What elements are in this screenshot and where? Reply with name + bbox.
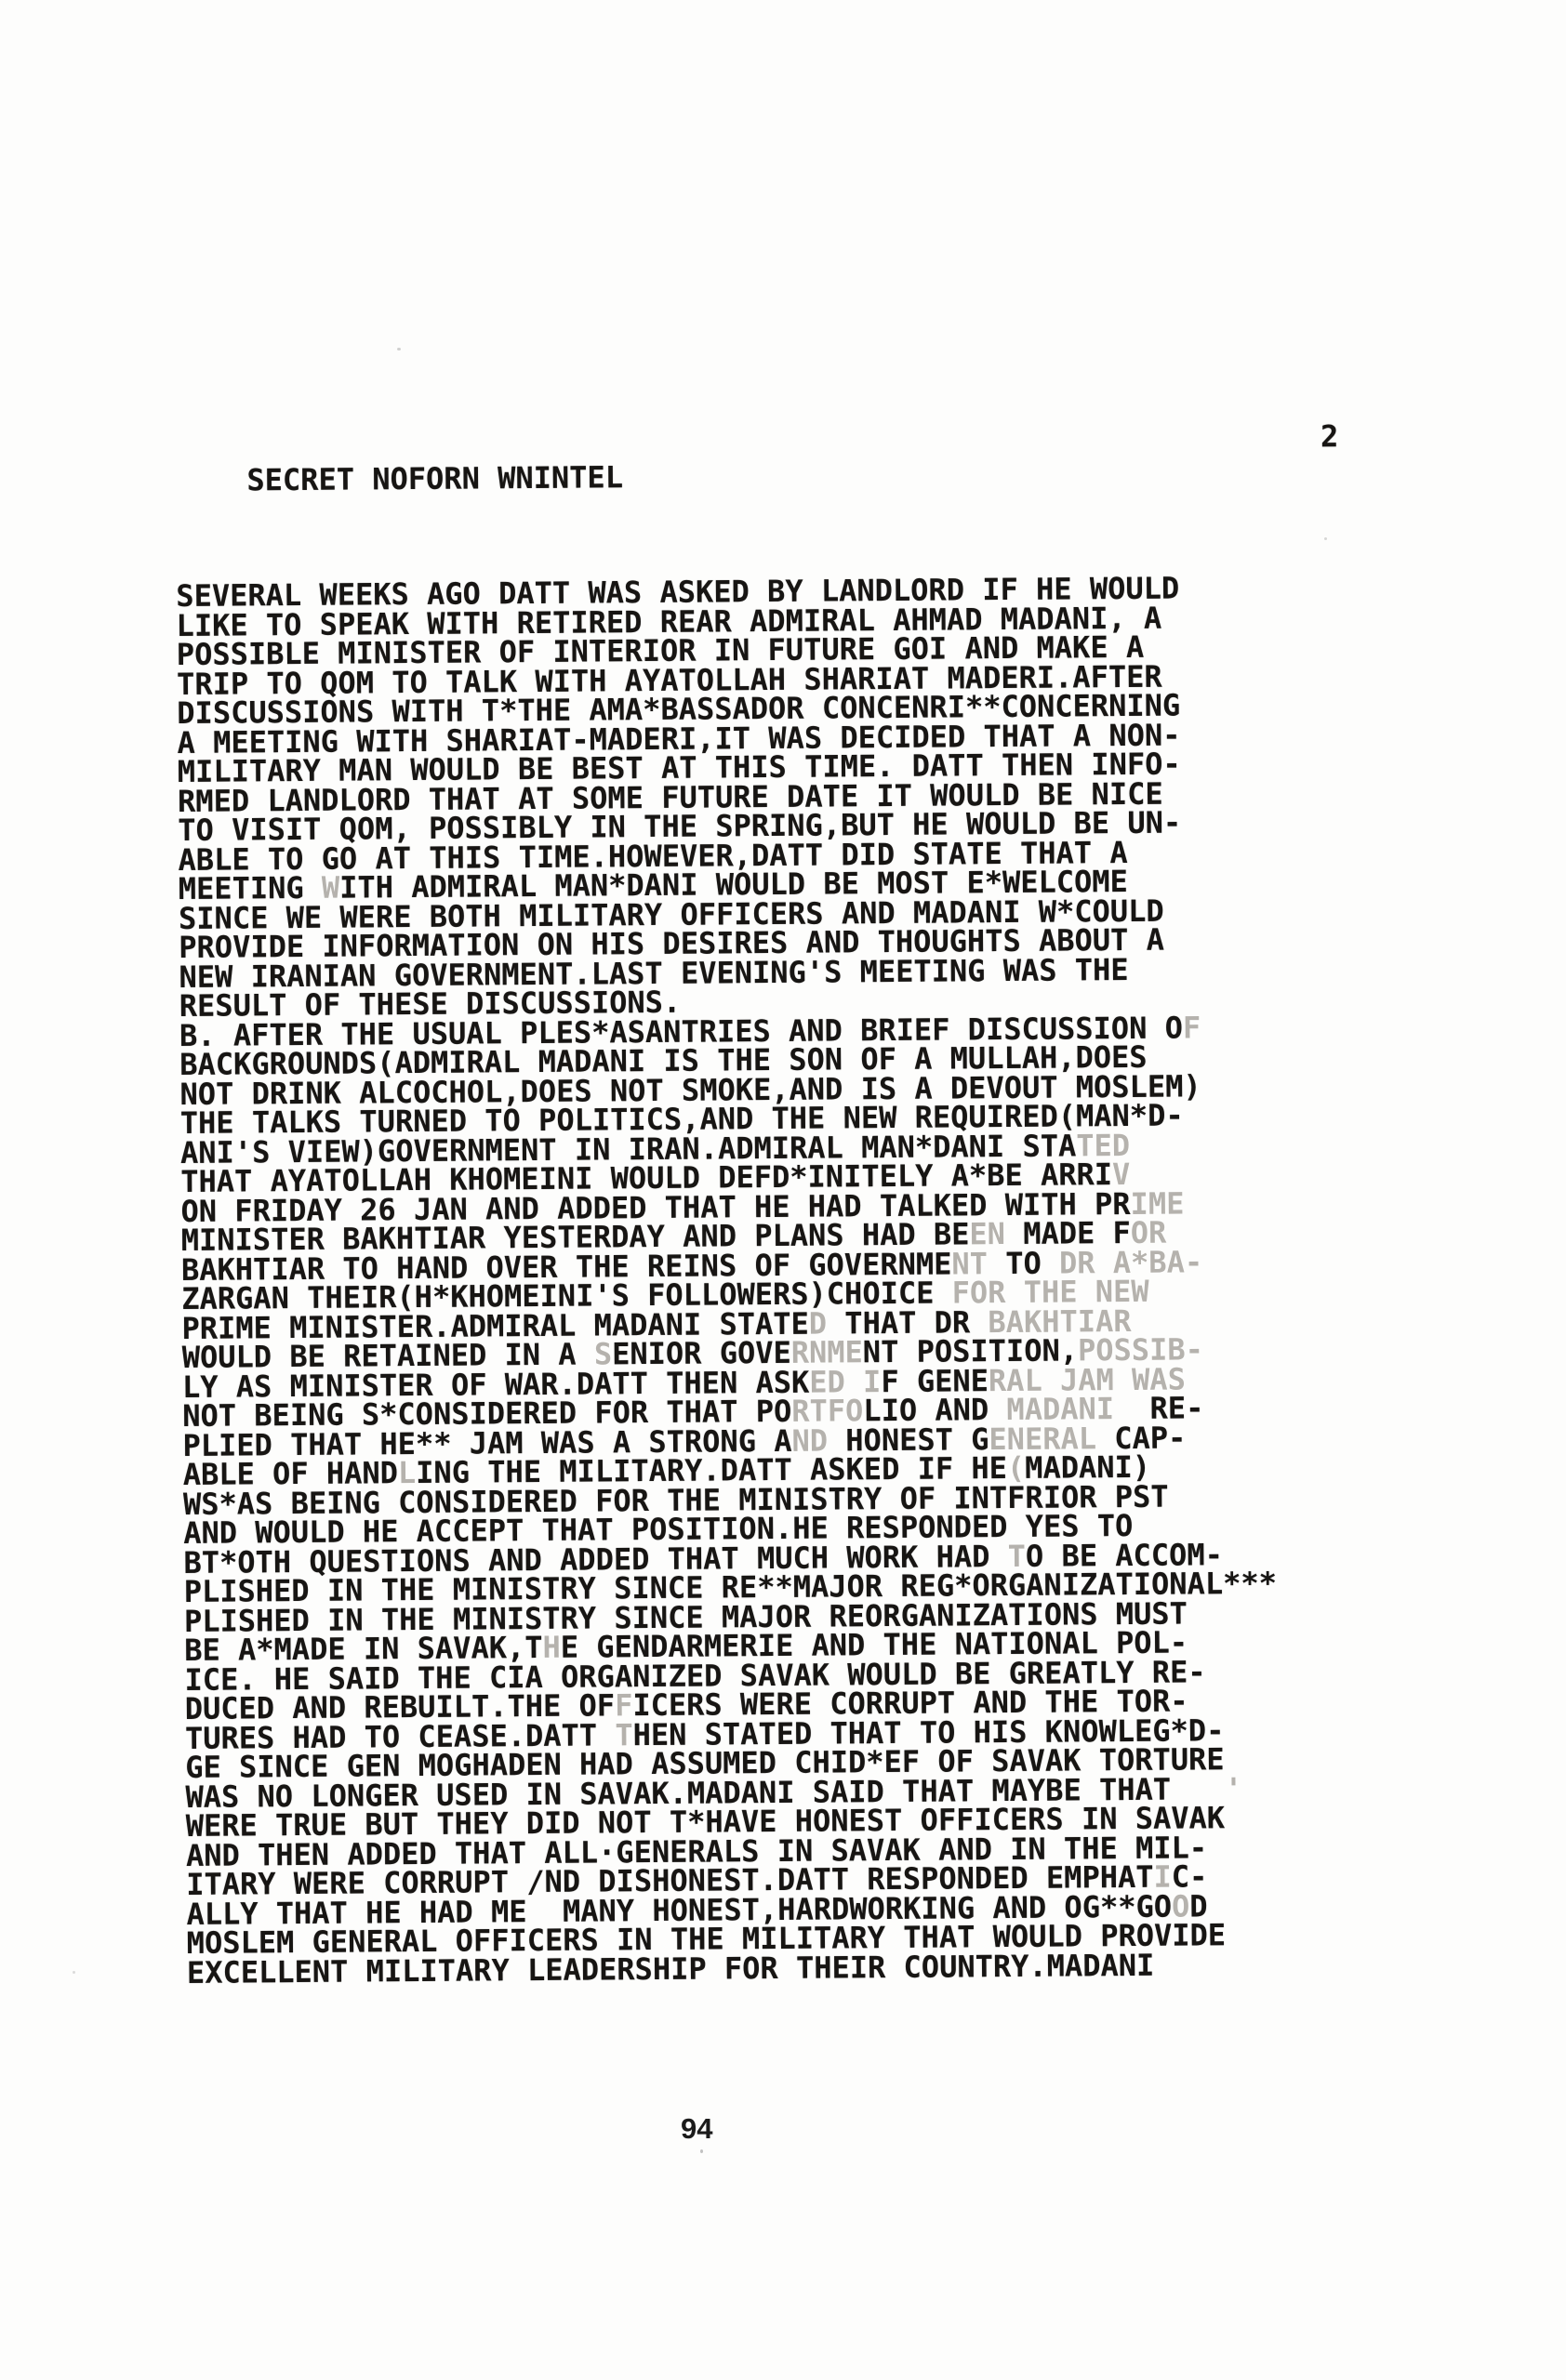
scan-speck bbox=[1324, 537, 1327, 540]
typed-content: SECRET NOFORN WNINTEL 2 SEVERAL WEEKS AG… bbox=[175, 428, 1415, 2046]
scan-speck bbox=[700, 2149, 703, 2153]
faded-text-segment: F bbox=[1183, 1010, 1201, 1045]
page-number-bottom: 94 bbox=[681, 2112, 712, 2146]
scanned-document-page: SECRET NOFORN WNINTEL 2 SEVERAL WEEKS AG… bbox=[0, 0, 1566, 2380]
scan-speck bbox=[397, 348, 401, 350]
scan-speck bbox=[73, 1971, 75, 1974]
document-body: SEVERAL WEEKS AGO DATT WAS ASKED BY LAND… bbox=[176, 573, 1414, 1988]
text-line: EXCELLENT MILITARY LEADERSHIP FOR THEIR … bbox=[187, 1949, 1414, 1988]
text-segment: EXCELLENT MILITARY LEADERSHIP FOR THEIR … bbox=[187, 1947, 1155, 1990]
classification-header: SECRET NOFORN WNINTEL bbox=[246, 463, 623, 496]
page-number-top: 2 bbox=[1320, 422, 1339, 452]
